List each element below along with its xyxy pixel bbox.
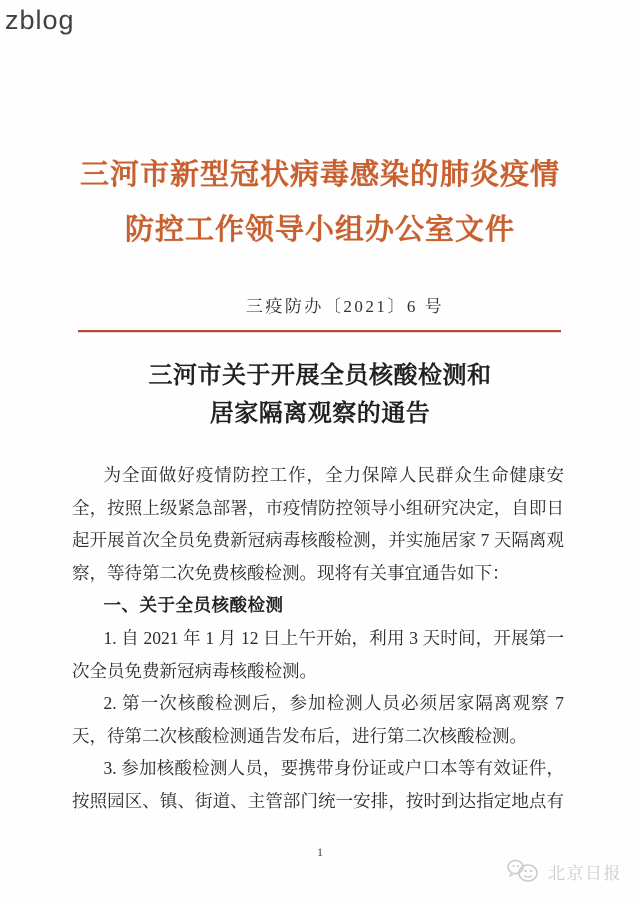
notice-title: 三河市关于开展全员核酸检测和 居家隔离观察的通告 xyxy=(0,357,640,433)
page: zblog 三河市新型冠状病毒感染的肺炎疫情 防控工作领导小组办公室文件 三疫防… xyxy=(0,0,640,905)
body-line: 1. 自 2021 年 1 月 12 日上午开始，利用 3 天时间，开展第一 xyxy=(72,622,564,655)
letterhead-line2: 防控工作领导小组办公室文件 xyxy=(0,203,640,258)
body-line: 为全面做好疫情防控工作，全力保障人民群众生命健康安 xyxy=(72,459,564,492)
letterhead-line1: 三河市新型冠状病毒感染的肺炎疫情 xyxy=(0,148,640,203)
body-line: 起开展首次全员免费新冠病毒核酸检测，并实施居家 7 天隔离观 xyxy=(72,524,564,557)
watermark-source-label: 北京日报 xyxy=(548,859,622,884)
body-line: 察，等待第二次免费核酸检测。现将有关事宜通告如下： xyxy=(72,557,564,590)
body-line: 按照园区、镇、街道、主管部门统一安排，按时到达指定地点有 xyxy=(72,785,564,818)
wechat-icon xyxy=(506,857,542,885)
letterhead-title: 三河市新型冠状病毒感染的肺炎疫情 防控工作领导小组办公室文件 xyxy=(0,148,640,258)
doc-number: 三疫防办〔2021〕6 号 xyxy=(25,292,640,317)
body-line: 天，待第二次核酸检测通告发布后，进行第二次核酸检测。 xyxy=(72,720,564,753)
notice-title-line1: 三河市关于开展全员核酸检测和 xyxy=(0,357,640,395)
body-line: 3. 参加核酸检测人员，要携带身份证或户口本等有效证件， xyxy=(72,752,564,785)
body-line: 全，按照上级紧急部署，市疫情防控领导小组研究决定，自即日 xyxy=(72,492,564,525)
body-line: 2. 第一次核酸检测后，参加检测人员必须居家隔离观察 7 xyxy=(72,687,564,720)
watermark: 北京日报 xyxy=(506,857,622,885)
site-logo[interactable]: zblog xyxy=(5,5,75,36)
notice-title-line2: 居家隔离观察的通告 xyxy=(0,395,640,433)
section-heading: 一、关于全员核酸检测 xyxy=(72,589,564,622)
body-line: 次全员免费新冠病毒核酸检测。 xyxy=(72,655,564,688)
notice-body: 为全面做好疫情防控工作，全力保障人民群众生命健康安 全，按照上级紧急部署，市疫情… xyxy=(72,459,564,818)
header-divider xyxy=(78,330,561,332)
